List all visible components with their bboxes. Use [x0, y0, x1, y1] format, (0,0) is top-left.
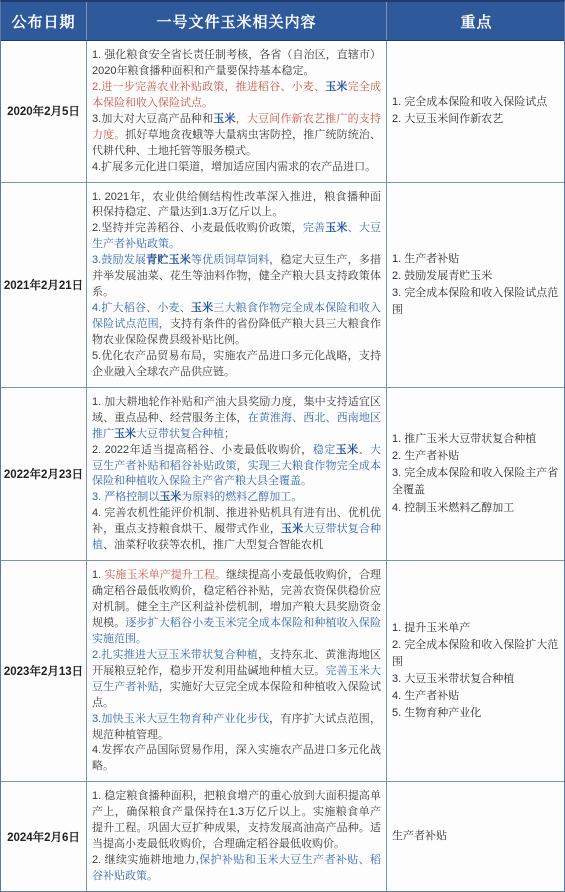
- content-item: 1. 强化粮食安全省长责任制考核，各省（自治区，直辖市）2020年粮食播种面积和…: [92, 48, 381, 80]
- content-item: 3.鼓励发展青贮玉米等优质饲草饲料，稳定大豆生产，多措并举发展油菜、花生等油料作…: [92, 253, 381, 301]
- date-cell: 2024年2月6日: [1, 782, 86, 891]
- table-row: 2024年2月6日1. 稳定粮食播种面积，把粮食增产的重心放到大面积提高单产上，…: [1, 781, 564, 891]
- text-segment: 1. 强化粮食安全省长责任制考核，各省（自治区，直辖市）2020年粮食播种面积和…: [92, 49, 381, 77]
- content-item: 3.加快玉米大豆生物育种产业化步伐，有序扩大试点范围，规范种植管理。: [92, 712, 381, 744]
- text-segment: 3.鼓励发展: [92, 254, 146, 266]
- text-segment: 2. 继续实施耕地地力,: [92, 854, 199, 866]
- text-segment: 实施玉米单产提升工程。: [104, 569, 226, 581]
- keypoints-cell: 1. 完全成本保险和收入保险试点2. 大豆玉米间作新农艺: [386, 41, 565, 182]
- text-segment: 3.加大对大豆高产品种和: [92, 113, 213, 125]
- column-header-content: 一号文件玉米相关内容: [86, 2, 386, 40]
- policy-table: 公布日期 一号文件玉米相关内容 重点 2020年2月5日1. 强化粮食安全省长责…: [0, 0, 565, 892]
- keypoint-item: 1. 推广玉米大豆带状复合种植: [392, 431, 562, 448]
- text-segment: 稳定: [313, 444, 336, 456]
- text-segment: 抓好草地贪夜蛾等大量病虫害防控，推广统防统治、代耕代种、土地托管等服务模式。: [92, 129, 381, 157]
- text-segment: 2.进一步完善农业补贴政策，推进稻谷、小麦、: [92, 81, 325, 93]
- text-segment: 2.坚持并完善稻谷、小麦最低收购价政策，: [92, 222, 303, 234]
- keypoint-item: 1. 生产者补贴: [392, 251, 562, 268]
- content-item: 2. 2022年适当提高稻谷、小麦最低收购价，稳定玉米、大豆生产者补贴和稻谷补贴…: [92, 443, 381, 491]
- keypoint-item: 2. 完全成本保险和收入保险扩大范围: [392, 637, 562, 671]
- keypoints-cell: 1. 推广玉米大豆带状复合种植2. 生产者补贴3. 完全成本保险和收入保险主产省…: [386, 388, 565, 560]
- date-cell: 2020年2月5日: [1, 41, 86, 182]
- content-item: 4. 完善农机性能评价机制、推进补贴机具有进有出、优机优补，重点支持粮食烘干、履…: [92, 506, 381, 554]
- text-segment: 逐步扩大稻谷小麦玉米完全成本保险和种植收入保险实施范围。: [92, 617, 381, 645]
- text-segment: 1. 2021年，农业供给侧结构性改革深入推进，粮食播种面积保持稳定、产量达到1…: [92, 191, 381, 219]
- table-row: 2022年2月23日1. 加大耕地轮作补贴和产油大县奖励力度，集中支持适宜区域、…: [1, 387, 564, 560]
- text-segment: 大豆带状复合种植；: [136, 428, 235, 440]
- text-segment: 5.优化农产品贸易布局，实施农产品进口多元化战略，支持企业融入全球农产品供应链。: [92, 350, 381, 378]
- text-segment: 玉米: [159, 491, 181, 503]
- content-item: 2. 继续实施耕地地力,保护补贴和玉米大豆生产者补贴、稻谷补贴政策。: [92, 853, 381, 885]
- text-segment: 4.发挥农产品国际贸易作用，深入实施农产品进口多元化战略。: [92, 744, 381, 772]
- content-item: 2.进一步完善农业补贴政策，推进稻谷、小麦、玉米完全成本保险和收入保险试点。: [92, 80, 381, 112]
- keypoint-item: 4. 生产者补贴: [392, 688, 562, 705]
- content-item: 4.扩大稻谷、小麦、玉米三大粮食作物完全成本保险和收入保险试点范围，支持有条件的…: [92, 301, 381, 349]
- content-item: 3. 严格控制以玉米为原料的燃料乙醇加工。: [92, 490, 381, 506]
- content-cell: 1. 加大耕地轮作补贴和产油大县奖励力度，集中支持适宜区域、重点品种、经营服务主…: [86, 388, 386, 560]
- text-segment: 玉米: [281, 523, 303, 535]
- content-item: 4.扩展多元化进口渠道，增加适应国内需求的农产品进口。: [92, 160, 381, 176]
- keypoint-item: 1. 提升玉米单产: [392, 620, 562, 637]
- text-segment: 玉米: [336, 444, 359, 456]
- content-item: 1. 加大耕地轮作补贴和产油大县奖励力度，集中支持适宜区域、重点品种、经营服务主…: [92, 395, 381, 443]
- text-segment: 、油菜籽收获等农机，推广大型复合智能农机: [103, 539, 323, 551]
- date-cell: 2023年2月13日: [1, 561, 86, 781]
- content-item: 3.加大对大豆高产品种和玉米，大豆间作新农艺推广的支持力度。抓好草地贪夜蛾等大量…: [92, 112, 381, 160]
- text-segment: 玉米: [325, 222, 347, 234]
- table-row: 2023年2月13日1. 实施玉米单产提升工程。继续提高小麦最低收购价，合理确定…: [1, 560, 564, 781]
- table-row: 2021年2月21日1. 2021年，农业供给侧结构性改革深入推进，粮食播种面积…: [1, 182, 564, 387]
- date-cell: 2022年2月23日: [1, 388, 86, 560]
- keypoint-item: 5. 生物育种产业化: [392, 705, 562, 722]
- text-segment: 4.扩展多元化进口渠道，增加适应国内需求的农产品进口。: [92, 161, 376, 173]
- keypoint-item: 生产者补贴: [392, 828, 562, 845]
- text-segment: 玉米: [191, 302, 213, 314]
- content-cell: 1. 实施玉米单产提升工程。继续提高小麦最低收购价，合理确定稻谷最低收购价，稳定…: [86, 561, 386, 781]
- table-header-row: 公布日期 一号文件玉米相关内容 重点: [1, 2, 564, 41]
- text-segment: 3.加快玉米大豆生物育种产业化步伐: [92, 713, 269, 725]
- keypoint-item: 1. 完全成本保险和收入保险试点: [392, 94, 562, 111]
- text-segment: 4.扩大稻谷、小麦、: [92, 302, 191, 314]
- keypoint-item: 2. 大豆玉米间作新农艺: [392, 111, 562, 128]
- text-segment: 玉米: [114, 428, 136, 440]
- text-segment: 青贮玉米: [146, 254, 191, 266]
- content-item: 1. 稳定粮食播种面积，把粮食增产的重心放到大面积提高单产上，确保粮食产量保持在…: [92, 789, 381, 853]
- column-header-keypoints: 重点: [386, 2, 565, 40]
- text-segment: 等优质饲草饲料，: [191, 254, 281, 266]
- text-segment: 2.扎实推进大豆玉米带状复合种植: [92, 649, 258, 661]
- keypoint-item: 3. 完全成本保险和收入保险主产省全覆盖: [392, 465, 562, 499]
- keypoints-cell: 1. 生产者补贴2. 鼓励发展青贮玉米3. 完全成本保险和收入保险试点范围: [386, 183, 565, 387]
- text-segment: 2. 2022年适当提高稻谷、小麦最低收购价，: [92, 444, 313, 456]
- keypoint-item: 3. 完全成本保险和收入保险试点范围: [392, 285, 562, 319]
- text-segment: 玉米: [213, 113, 235, 125]
- date-cell: 2021年2月21日: [1, 183, 86, 387]
- content-cell: 1. 稳定粮食播种面积，把粮食增产的重心放到大面积提高单产上，确保粮食产量保持在…: [86, 782, 386, 891]
- content-item: 4.发挥农产品国际贸易作用，深入实施农产品进口多元化战略。: [92, 743, 381, 775]
- keypoint-item: 3. 大豆玉米带状复合种植: [392, 671, 562, 688]
- keypoint-item: 2. 生产者补贴: [392, 448, 562, 465]
- keypoints-cell: 1. 提升玉米单产2. 完全成本保险和收入保险扩大范围3. 大豆玉米带状复合种植…: [386, 561, 565, 781]
- keypoint-item: 2. 鼓励发展青贮玉米: [392, 268, 562, 285]
- content-cell: 1. 2021年，农业供给侧结构性改革深入推进，粮食播种面积保持稳定、产量达到1…: [86, 183, 386, 387]
- text-segment: 1. 稳定粮食播种面积，把粮食增产的重心放到大面积提高单产上，确保粮食产量保持在…: [92, 790, 381, 850]
- table-row: 2020年2月5日1. 强化粮食安全省长责任制考核，各省（自治区，直辖市）202…: [1, 41, 564, 182]
- text-segment: 3. 严格控制以: [92, 491, 159, 503]
- text-segment: 完善: [303, 222, 325, 234]
- content-item: 2.坚持并完善稻谷、小麦最低收购价政策，完善玉米、大豆生产者补贴政策。: [92, 221, 381, 253]
- keypoints-cell: 生产者补贴: [386, 782, 565, 891]
- content-item: 1. 实施玉米单产提升工程。继续提高小麦最低收购价，合理确定稻谷最低收购价，稳定…: [92, 568, 381, 648]
- text-segment: 为原料的燃料乙醇加工。: [181, 491, 302, 503]
- keypoint-item: 4. 控制玉米燃料乙醇加工: [392, 500, 562, 517]
- content-item: 5.优化农产品贸易布局，实施农产品进口多元化战略，支持企业融入全球农产品供应链。: [92, 349, 381, 381]
- table-body: 2020年2月5日1. 强化粮食安全省长责任制考核，各省（自治区，直辖市）202…: [1, 41, 564, 891]
- column-header-date: 公布日期: [1, 2, 86, 40]
- content-cell: 1. 强化粮食安全省长责任制考核，各省（自治区，直辖市）2020年粮食播种面积和…: [86, 41, 386, 182]
- text-segment: 玉米: [325, 81, 347, 93]
- content-item: 1. 2021年，农业供给侧结构性改革深入推进，粮食播种面积保持稳定、产量达到1…: [92, 190, 381, 222]
- content-item: 2.扎实推进大豆玉米带状复合种植，支持东北、黄淮海地区开展粮豆轮作，稳步开发利用…: [92, 648, 381, 712]
- text-segment: 1.: [92, 569, 104, 581]
